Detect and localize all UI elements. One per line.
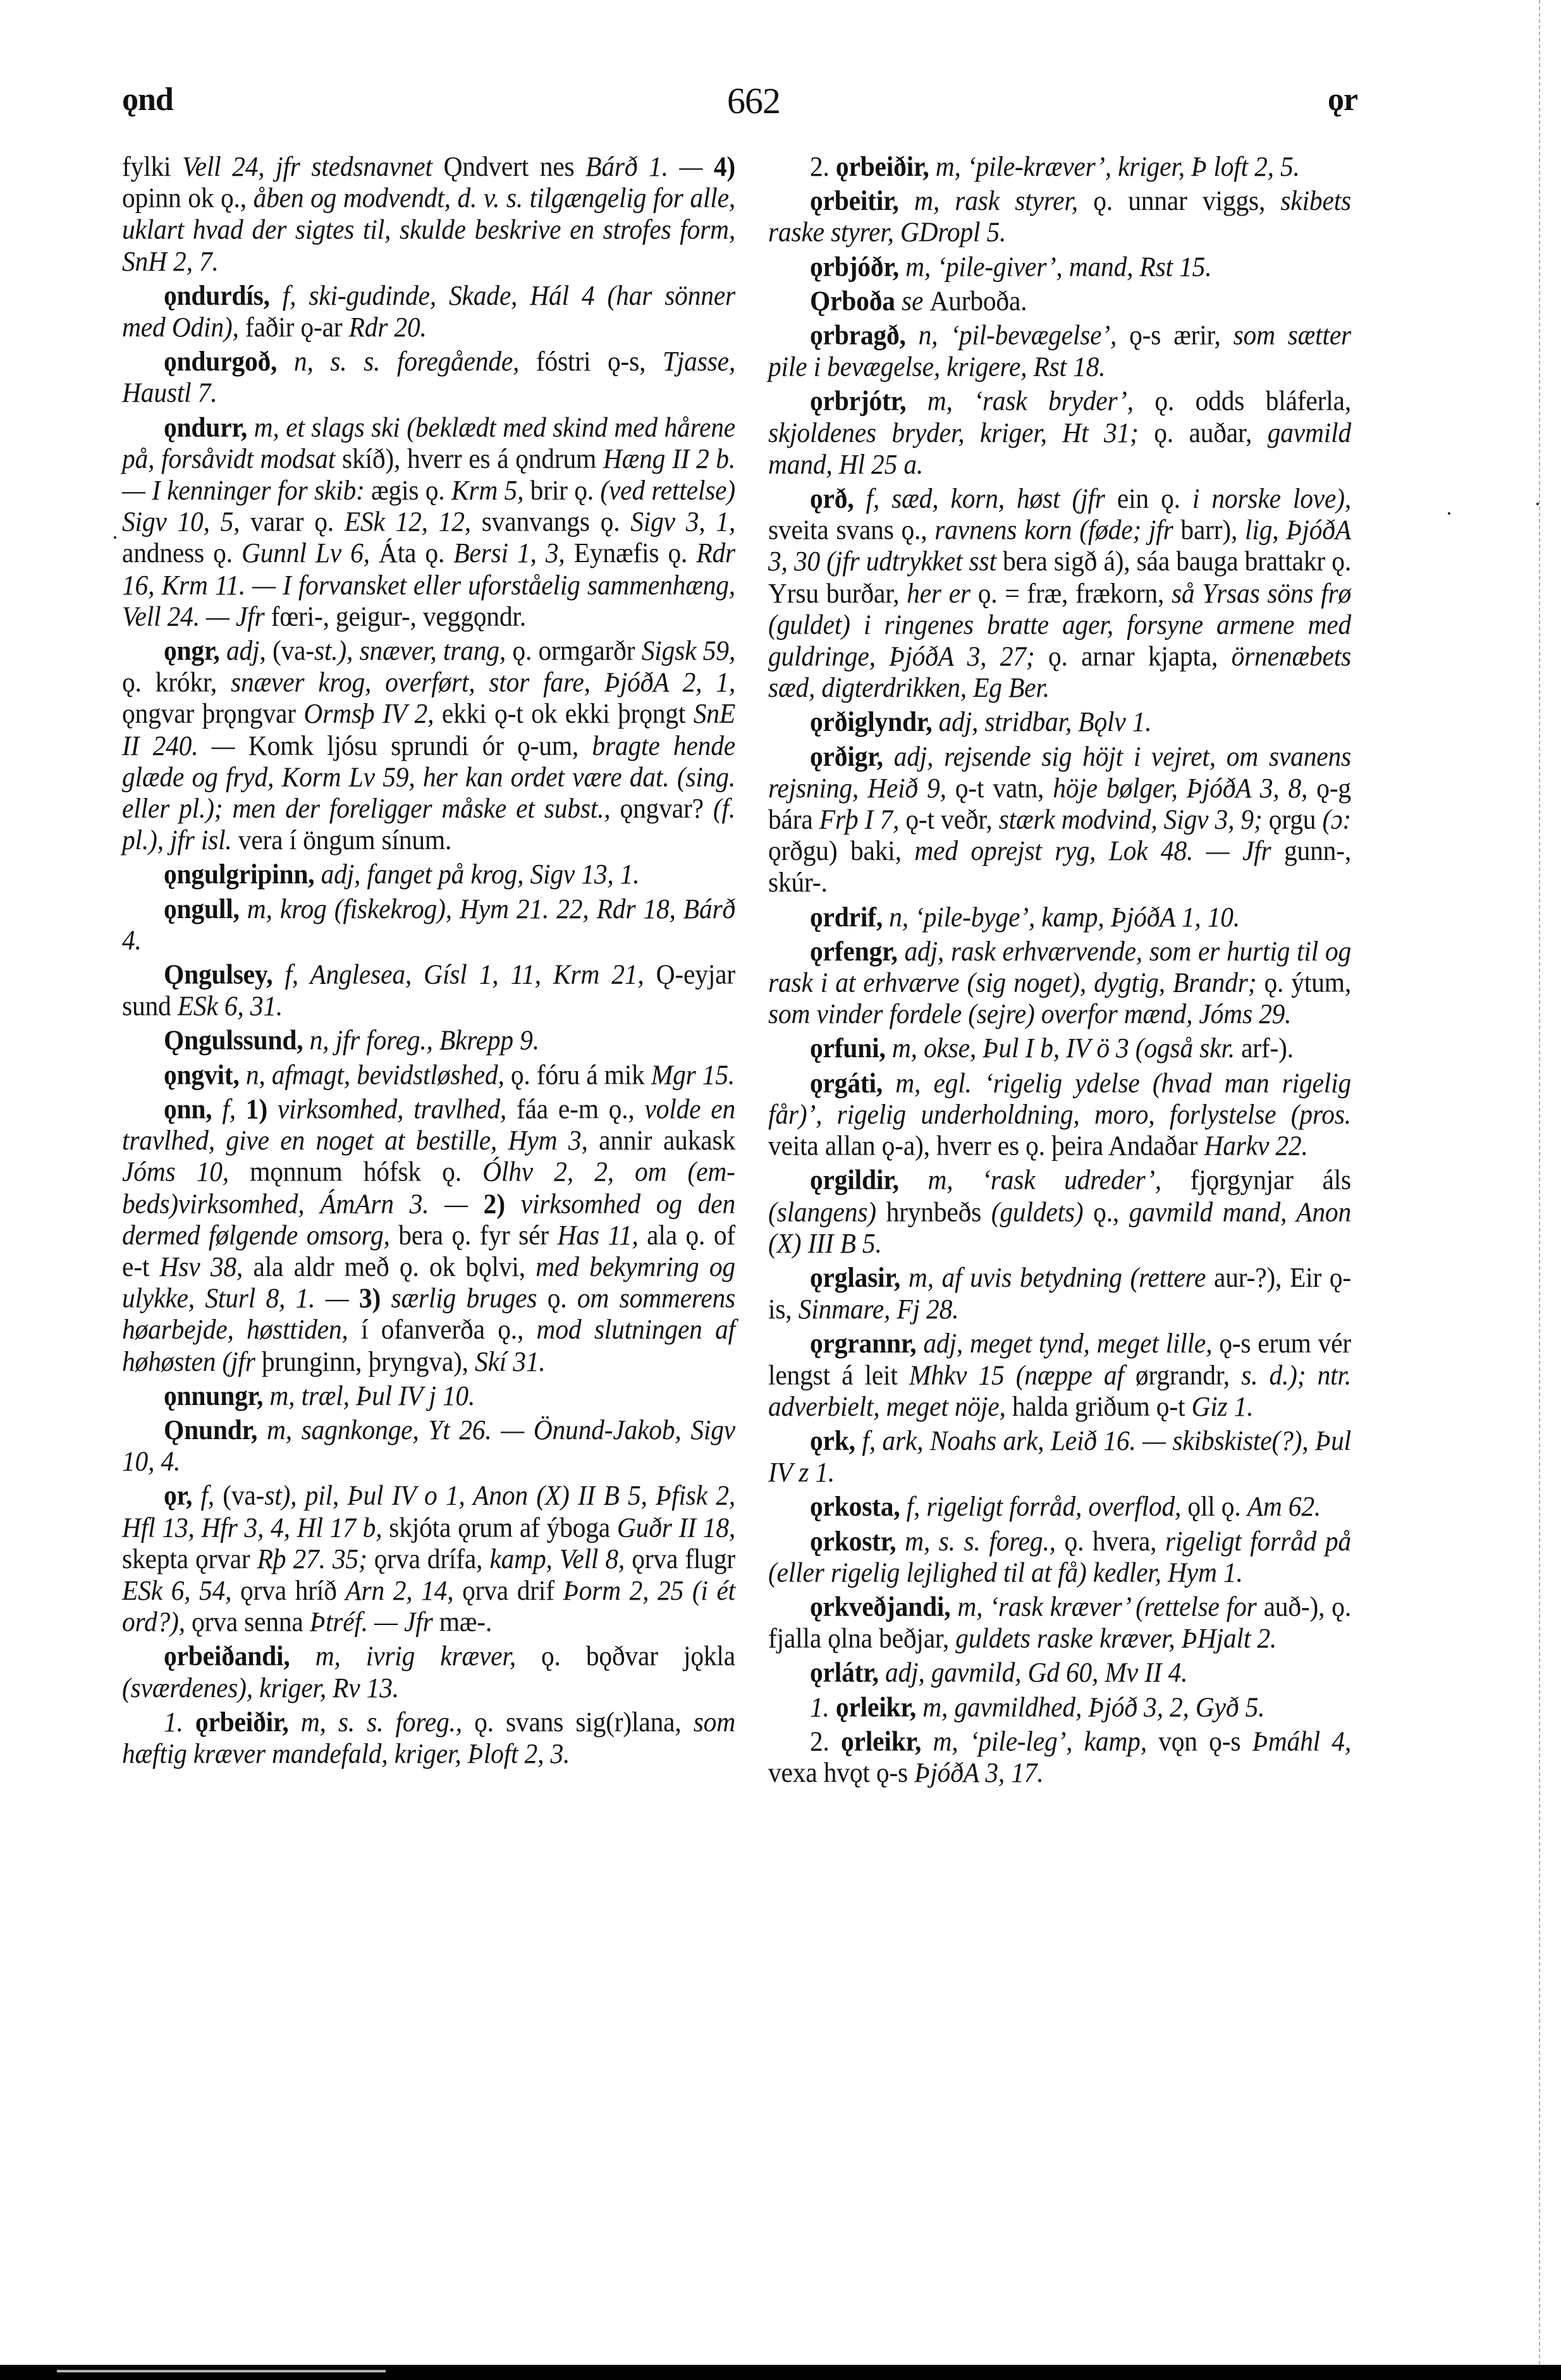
headword: 1) (246, 1093, 267, 1124)
headword: Ǫngulsey, (164, 959, 272, 990)
citation-text: fylki (122, 150, 182, 182)
gloss-text: 1. (810, 1691, 836, 1722)
citation-text: ǫ. arnar kjapta, (1048, 640, 1232, 672)
headword: ǫrfengr, (810, 935, 898, 967)
headword: ǫnn, (164, 1093, 212, 1124)
gloss-text: adj, (220, 635, 272, 666)
headword: ǫngull, (164, 893, 240, 924)
dictionary-column-right: 2. ǫrbeiðir, m, ‘pile-kræver’, kriger, Þ… (768, 150, 1351, 1791)
gloss-text: virksomhed, travlhed, (267, 1093, 517, 1124)
gloss-text: Has 11, (558, 1219, 647, 1251)
headword: ǫrlátr, (810, 1657, 879, 1688)
headword: ǫrbrjótr, (810, 385, 906, 417)
gloss-text: m, ‘rask bryder’, (906, 385, 1154, 417)
gloss-text: Harkv 22. (1204, 1130, 1307, 1162)
gloss-text: m, ivrig kræver, (290, 1640, 541, 1672)
citation-text: í ofanverða ǫ., (361, 1314, 537, 1346)
dictionary-entry: ǫrbeiðandi, m, ivrig kræver, ǫ. bǫðvar j… (122, 1640, 735, 1703)
headword: ǫrbragð, (810, 319, 906, 351)
dictionary-entry: ǫrdrif, n, ‘pile-byge’, kamp, ÞjóðA 1, 1… (768, 901, 1351, 933)
headword: 3) (359, 1282, 381, 1314)
headword: ǫrðigr, (810, 740, 883, 772)
gloss-text: sær­lig bruges (381, 1282, 548, 1314)
citation-text: vexa hvǫt ǫ-s (768, 1757, 914, 1788)
headword: ǫrbjóðr, (810, 250, 899, 282)
citation-text: faðir ǫ-ar (239, 311, 349, 343)
citation-text: opinn ok ǫ., (122, 182, 254, 214)
citation-text: þrunginn, þryngva), (262, 1345, 475, 1377)
gloss-text: m, s. s. foreg., (896, 1525, 1064, 1557)
citation-text: ǫ-s ærir, (1129, 319, 1233, 351)
headword: ǫrðiglyndr, (810, 706, 932, 738)
gloss-text: snæver krog, overført, stor fare, ÞjóðA … (231, 666, 735, 698)
dictionary-entry: ǫrlátr, adj, gavmild, Gd 60, Mv II 4. (768, 1657, 1351, 1688)
dictionary-entry: fylki Vell 24, jfr stedsnavnet Ǫndvert n… (122, 150, 735, 277)
dictionary-entry: ǫrk, f, ark, Noahs ark, Leið 16. — skibs… (768, 1425, 1351, 1488)
gloss-text: Skí 31. (475, 1345, 546, 1377)
gloss-text: Giz 1. (1191, 1390, 1253, 1422)
headword: ǫrbeitir, (810, 185, 899, 216)
headword: ǫndurdís, (164, 279, 270, 311)
citation-text: bera ǫ. fyr sér (398, 1219, 557, 1251)
dictionary-entry: ǫrgildir, m, ‘rask udreder’, fjǫrgynjar … (768, 1164, 1351, 1259)
gloss-text: Bárð 1. — (585, 150, 714, 182)
headword: Ǫnundr, (164, 1414, 257, 1445)
citation-text: arf-). (1241, 1033, 1294, 1064)
gloss-text: (ɔ: (1323, 804, 1351, 835)
gloss-text: kamp, Vell 8, (489, 1543, 632, 1574)
gloss-text: Rþ 27. 35; (257, 1543, 374, 1574)
headword: ǫrleikr, (841, 1725, 921, 1757)
citation-text: ǫll ǫ. (1187, 1490, 1247, 1522)
headword: ǫrð, (810, 482, 854, 514)
citation-text: ǫ. fóru á mik (511, 1058, 651, 1090)
dictionary-entry: ǫrgrannr, adj, meget tynd, meget lille, … (768, 1327, 1351, 1422)
gloss-text: f, (192, 1480, 223, 1511)
dictionary-entry: ǫrbjóðr, m, ‘pile-giver’, mand, Rst 15. (768, 250, 1351, 282)
gloss-text: m, rask styrer, (899, 185, 1093, 216)
gloss-text: m, okse, Þul I b, IV ö 3 (også skr. (886, 1033, 1241, 1064)
dictionary-entry: Ǫngulssund, n, jfr foreg., Bkrepp 9. (122, 1024, 735, 1056)
dictionary-entry: ǫr, f, (va-st), pil, Þul IV o 1, Anon (X… (122, 1480, 735, 1637)
citation-text: annir aukask (599, 1124, 735, 1156)
gloss-text: som vinder fordele (sejre) overfor mænd,… (768, 998, 1291, 1030)
gloss-text: adj, stridbar, Bǫlv 1. (932, 706, 1151, 738)
dictionary-entry: ǫrð, f, sæd, korn, høst (jfr ein ǫ. i no… (768, 482, 1351, 703)
citation-text: 2. (810, 1725, 841, 1757)
page-number: 662 (727, 80, 780, 122)
headword: 4) (714, 150, 735, 182)
gloss-text: adj, meget tynd, meget lille, (916, 1327, 1219, 1359)
citation-text: Áta ǫ. (379, 537, 453, 569)
citation-text: Komk ljósu sprundi ór ǫ-um, (248, 729, 592, 761)
scan-speck (1448, 512, 1450, 515)
gloss-text: skjoldenes bryder, kriger, Ht 31; (768, 417, 1154, 448)
citation-text: ǫngvar þrǫngvar (122, 698, 303, 730)
gloss-text: m, gavmildhed, Þjóð 3, 2, Gyð 5. (916, 1691, 1264, 1722)
citation-text: ǫngvar? (620, 792, 713, 824)
gloss-text: Am 62. (1247, 1490, 1321, 1522)
headword: ǫr, (164, 1480, 192, 1511)
gloss-text: Sigsk 59, (642, 635, 735, 666)
gloss-text: Mgr 15. (651, 1058, 735, 1090)
gloss-text: n, afmagt, bevidstløshed, (240, 1058, 511, 1090)
gloss-text: 1. (164, 1706, 195, 1738)
dictionary-entry: ǫngull, m, krog (fiskekrog), Hym 21. 22,… (122, 893, 735, 956)
gloss-text: m, ‘rask kræver’ (rettelse for (950, 1591, 1263, 1622)
citation-text: ǫ. = fræ, frækorn, (978, 577, 1172, 609)
headword: ǫnnungr, (164, 1380, 263, 1411)
dictionary-entry: ǫngulgripinn, adj, fanget på krog, Sigv … (122, 858, 735, 890)
citation-text: ǫ. auðar, (1154, 417, 1267, 448)
headword: ǫrglasir, (810, 1261, 900, 1293)
citation-text: vera í öngum sínum. (238, 824, 451, 856)
gloss-text: guldets raske kræver, ÞHjalt 2. (955, 1622, 1276, 1654)
dictionary-entry: ǫrglasir, m, af uvis betydning (rettere … (768, 1261, 1351, 1325)
headword: ǫrgildir, (810, 1164, 899, 1196)
headword: ǫndurr, (164, 411, 247, 443)
gloss-text: Sinmare, Fj 28. (799, 1293, 959, 1325)
gloss-text: adj, fanget på krog, Sigv 13, 1. (314, 858, 639, 890)
headword: ǫrk, (810, 1425, 855, 1456)
dictionary-column-left: fylki Vell 24, jfr stedsnavnet Ǫndvert n… (122, 150, 735, 1772)
gloss-text: her er (907, 577, 978, 609)
running-head-right: ǫr (1328, 81, 1357, 118)
gloss-text: ESk 12, 12, (345, 506, 482, 537)
gloss-text: m, træl, Þul IV j 10. (263, 1380, 475, 1411)
dictionary-entry: ǫrfengr, adj, rask erhværvende, som er h… (768, 935, 1351, 1030)
gloss-text: m, af uvis betydning (rettere (900, 1261, 1214, 1293)
citation-text: ægis ǫ. (371, 474, 451, 506)
gloss-text: (slangens) (768, 1196, 886, 1227)
gloss-text: Arn 2, 14, (345, 1574, 462, 1606)
citation-text: skjóta ǫrum af ýboga (389, 1511, 617, 1543)
gloss-text: med oprejst ryg, Lok 48. — Jfr (914, 835, 1284, 866)
headword: ǫrleikr, (836, 1691, 916, 1722)
dictionary-entry: 1. ǫrbeiðir, m, s. s. foreg., ǫ. svans s… (122, 1706, 735, 1769)
gloss-text: m, ‘pile-kræver’, kriger, Þ loft 2, 5. (929, 150, 1300, 182)
gloss-text: Guðr II 18, (617, 1511, 735, 1543)
gloss-text: m, ‘pile-leg’, kamp, (921, 1725, 1158, 1757)
headword: ǫngulgripinn, (164, 858, 314, 890)
citation-text: ǫrva drif (462, 1574, 563, 1606)
citation-text: Eynæfis ǫ. (574, 537, 697, 569)
citation-text: halda griðum ǫ-t (1012, 1390, 1192, 1422)
citation-text: ǫ. ýtum, (1264, 967, 1351, 998)
gloss-text: höje bølger, ÞjóðA 3, 8, (1053, 772, 1316, 804)
headword: ǫrdrif, (810, 901, 883, 933)
citation-text: ǫrva hríð (240, 1574, 345, 1606)
scan-bottom-border (0, 2365, 1561, 2380)
dictionary-entry: ǫrkosta, f, rigeligt forråd, overflod, ǫ… (768, 1490, 1351, 1522)
dictionary-entry: Ǫnundr, m, sagnkonge, Yt 26. — Ön­und-Ja… (122, 1414, 735, 1477)
headword: ǫrbeiðandi, (164, 1640, 290, 1672)
dictionary-entry: ǫrðigr, adj, rejsende sig höjt i vejret,… (768, 740, 1351, 898)
dictionary-entry: ǫrðiglyndr, adj, stridbar, Bǫlv 1. (768, 706, 1351, 738)
gloss-text: (guldets) (991, 1196, 1093, 1227)
gloss-text: Rdr 20. (349, 311, 427, 343)
citation-text: ǫ. krókr, (122, 666, 231, 698)
gloss-text: ESk 6, 54, (122, 1574, 240, 1606)
gloss-text: ravnens korn (føde; jfr (934, 514, 1180, 546)
citation-text: 2. (810, 150, 836, 182)
headword: 2) (484, 1187, 505, 1219)
citation-text: ala aldr með ǫ. ok bǫlvi, (253, 1251, 536, 1282)
gloss-text: Þmáhl 4, (1252, 1725, 1351, 1757)
gloss-text: n, ‘pile-byge’, kamp, ÞjóðA 1, 10. (883, 901, 1240, 933)
gloss-text: f, Anglesea, Gísl 1, 11, Krm 21, (272, 959, 656, 990)
headword: ǫndurgoð, (164, 345, 277, 377)
gloss-text: se (895, 285, 930, 317)
gloss-text: i norske love), (1192, 482, 1351, 514)
gloss-text: n, jfr foreg., Bkrepp 9. (303, 1024, 539, 1056)
gloss-text: m, ‘pile-giver’, mand, Rst 15. (899, 250, 1211, 282)
headword: Ǫngulssund, (164, 1024, 303, 1056)
citation-text: fœri-, geigur-, veggǫndr. (271, 601, 526, 632)
dictionary-entry: ǫnn, f, 1) virksomhed, travlhed, fáa e-m… (122, 1093, 735, 1377)
headword: ǫngvit, (164, 1058, 240, 1090)
headword: ǫrbeiðir, (195, 1706, 289, 1738)
citation-text: ǫ. (548, 1282, 577, 1314)
dictionary-entry: 2. ǫrleikr, m, ‘pile-leg’, kamp, vǫn ǫ-s… (768, 1725, 1351, 1788)
citation-text: ǫrva flugr (632, 1543, 735, 1574)
scan-page-edge (1539, 0, 1542, 2365)
gloss-text: Krm 5, (451, 474, 530, 506)
citation-text: ǫ. svans sig(r)lana, (474, 1706, 694, 1738)
dictionary-entry: ǫndurgoð, n, s. s. foregående, fóstri ǫ-… (122, 345, 735, 408)
citation-text: (va- (272, 635, 314, 666)
citation-text: ǫ. unnar viggs, (1093, 185, 1280, 216)
citation-text: skepta ǫrvar (122, 1543, 257, 1574)
gloss-text: f, (212, 1093, 246, 1124)
dictionary-entry: 1. ǫrleikr, m, gavmildhed, Þjóð 3, 2, Gy… (768, 1691, 1351, 1722)
gloss-text: Gunnl Lv 6, (242, 537, 379, 569)
gloss-text: st.), snæver, trang, (314, 635, 512, 666)
gloss-text: Sigv 3, 1, (630, 506, 735, 537)
citation-text: ǫ-t vatn, (955, 772, 1053, 804)
dictionary-entry: ǫndurdís, f, ski-gudinde, Skade, Hál 4 (… (122, 279, 735, 343)
citation-text: ǫ-t veðr, (905, 804, 998, 835)
gloss-text: ÞjóðA 3, 17. (914, 1757, 1043, 1788)
citation-text: varar ǫ. (250, 506, 345, 537)
gloss-text: Þtréf. — Jfr (310, 1606, 439, 1638)
citation-text: mǫnnum hófsk ǫ. (250, 1156, 482, 1187)
citation-text: ein ǫ. (1117, 482, 1192, 514)
citation-text: hrynbeðs (886, 1196, 991, 1227)
headword: ǫrfuni, (810, 1033, 886, 1064)
gloss-text: adj, gavmild, Gd 60, Mv II 4. (879, 1657, 1187, 1688)
dictionary-entry: ǫrbragð, n, ‘pil-bevægelse’, ǫ-s ærir, s… (768, 319, 1351, 383)
citation-text: ǫ. odds blá­ferla, (1154, 385, 1351, 417)
citation-text: veita allan ǫ-a), hverr es ǫ. þeira Anda… (768, 1130, 1204, 1162)
dictionary-entry: ǫrkveðjandi, m, ‘rask kræver’ (rettelse … (768, 1591, 1351, 1654)
citation-text: svanvangs ǫ. (482, 506, 630, 537)
gloss-text: n, s. s. foregående, (277, 345, 519, 377)
dictionary-entry: ǫnnungr, m, træl, Þul IV j 10. (122, 1380, 735, 1411)
gloss-text: Mhkv 15 (næppe af (909, 1359, 1136, 1390)
dictionary-entry: ǫrgáti, m, egl. ‘rigelig ydelse (hvad ma… (768, 1067, 1351, 1162)
citation-text: sveita svans ǫ., (768, 514, 934, 546)
citation-text: fáa e-m ǫ., (517, 1093, 645, 1124)
gloss-text: m, s. s. foreg., (289, 1706, 474, 1738)
citation-text: vǫn ǫ-s (1158, 1725, 1252, 1757)
scan-speck (114, 536, 116, 539)
citation-text: ǫ. ormgarðr (512, 635, 641, 666)
dictionary-entry: ǫrkostr, m, s. s. foreg., ǫ. hvera, rige… (768, 1525, 1351, 1588)
citation-text: ørgrandr, (1136, 1359, 1241, 1390)
citation-text: ǫ., (1093, 1196, 1129, 1227)
gloss-text: n, ‘pil-bevægelse’, (906, 319, 1129, 351)
scan-speck (1536, 503, 1539, 505)
gloss-text: f, ark, Noahs ark, Leið 16. — skibskiste… (768, 1425, 1351, 1488)
dictionary-entry: ǫrbeitir, m, rask styrer, ǫ. unnar viggs… (768, 185, 1351, 248)
dictionary-entry: ǫndurr, m, et slags ski (beklædt med ski… (122, 411, 735, 632)
headword: ǫrkosta, (810, 1490, 900, 1522)
headword: Ǫrboða (810, 285, 895, 317)
headword: ǫrgáti, (810, 1067, 883, 1098)
gloss-text: Hsv 38, (160, 1251, 254, 1282)
citation-text: ǫrva drífa, (374, 1543, 490, 1574)
citation-text: ekki ǫ-t ok ekki þrǫngt (442, 698, 694, 730)
citation-text: Aurboða. (929, 285, 1027, 317)
gloss-text: m, ‘rask udreder’, (899, 1164, 1191, 1196)
citation-text: fóstri ǫ-s, (519, 345, 663, 377)
gloss-text: Vell 24, jfr stedsnavnet (182, 150, 443, 182)
citation-text: mæ-. (439, 1606, 492, 1638)
dictionary-entry: Ǫrboða se Aurboða. (768, 285, 1351, 317)
gloss-text: ESk 6, 31. (178, 990, 283, 1022)
citation-text: ǫrva senna (192, 1606, 310, 1638)
citation-text: barr), (1180, 514, 1245, 546)
citation-text: skíð), hverr es á ǫndrum (342, 443, 603, 474)
headword: ǫrkveðjandi, (810, 1591, 950, 1622)
citation-text: ǫrgu (1269, 804, 1323, 835)
gloss-text: f, sæd, korn, høst (jfr (854, 482, 1117, 514)
headword: ǫrgrannr, (810, 1327, 916, 1359)
citation-text: fjǫrgynjar áls (1191, 1164, 1351, 1196)
dictionary-entry: ǫrfuni, m, okse, Þul I b, IV ö 3 (også s… (768, 1033, 1351, 1064)
citation-text: ǫ. hvera, (1065, 1525, 1165, 1557)
citation-text: brir ǫ. (530, 474, 601, 506)
dictionary-entry: Ǫngulsey, f, Anglesea, Gísl 1, 11, Krm 2… (122, 959, 735, 1022)
citation-text: andness ǫ. (122, 537, 242, 569)
gloss-text: Ormsþ IV 2, (303, 698, 441, 730)
gloss-text: f, rigeligt forråd, overflod, (900, 1490, 1188, 1522)
running-head-left: ǫnd (122, 81, 173, 118)
headword: ǫrkostr, (810, 1525, 896, 1557)
headword: ǫrbeiðir, (836, 150, 929, 182)
dictionary-entry: ǫrbrjótr, m, ‘rask bryder’, ǫ. odds blá­… (768, 385, 1351, 480)
citation-text: ǫrðgu) baki, (768, 835, 914, 866)
citation-text: Ǫndvert nes (444, 150, 586, 182)
headword: ǫngr, (164, 635, 220, 666)
gloss-text: stærk modvind, Sigv 3, 9; (999, 804, 1269, 835)
citation-text: (va- (223, 1480, 264, 1511)
dictionary-entry: 2. ǫrbeiðir, m, ‘pile-kræver’, kriger, Þ… (768, 150, 1351, 182)
dictionary-entry: ǫngvit, n, afmagt, bevidstløshed, ǫ. fór… (122, 1058, 735, 1090)
citation-text: ǫ. bǫðvar jǫkla (541, 1640, 735, 1672)
gloss-text: Frþ I 7, (819, 804, 906, 835)
dictionary-entry: ǫngr, adj, (va-st.), snæver, trang, ǫ. o… (122, 635, 735, 856)
gloss-text: Jóms 10, (122, 1156, 250, 1187)
gloss-text: (sværdenes), kriger, Rv 13. (122, 1672, 399, 1703)
gloss-text: Bersi 1, 3, (453, 537, 573, 569)
